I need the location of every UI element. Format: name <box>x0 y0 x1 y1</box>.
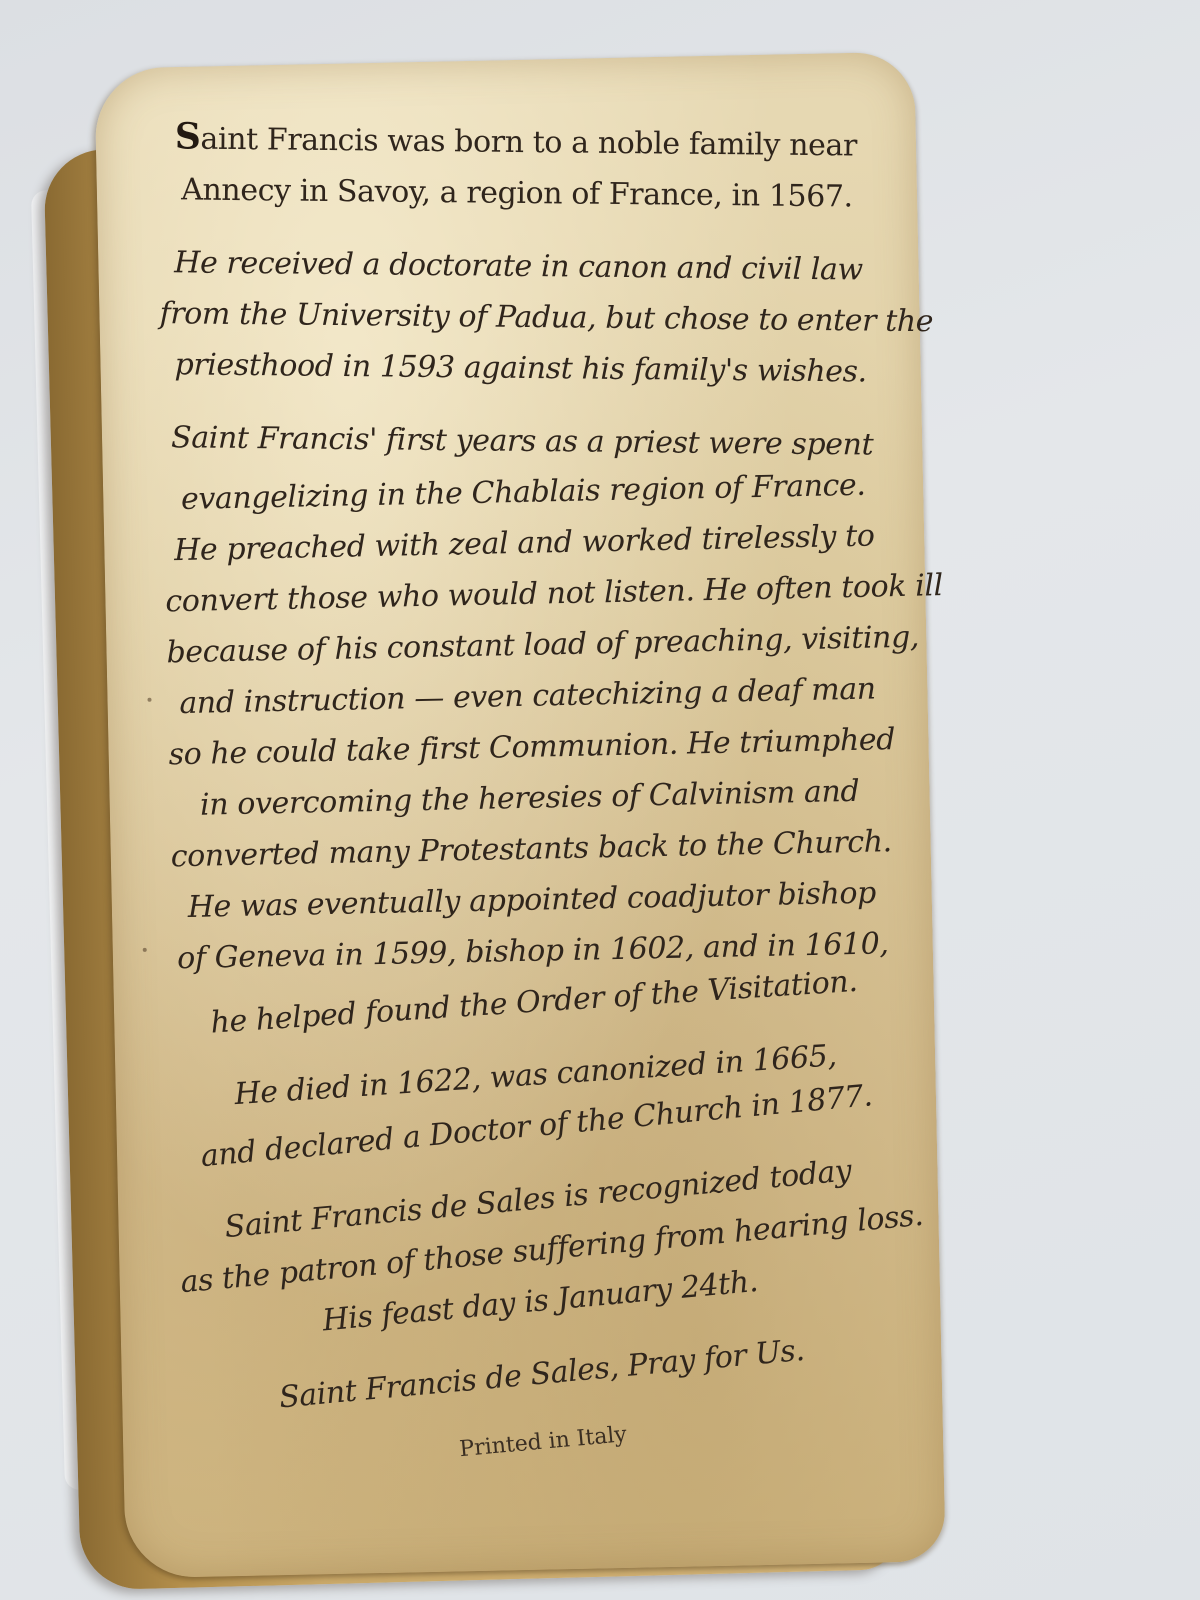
holy-card: Saint Francis was born to a noble family… <box>94 52 945 1579</box>
text-line: He received a doctorate in canon and civ… <box>158 237 878 296</box>
text-line: Annecy in Savoy, a region of France, in … <box>157 164 877 223</box>
paragraph-birth: Saint Francis was born to a noble family… <box>155 107 877 226</box>
paragraph-death: He died in 1622, was canonized in 1665, … <box>175 1042 897 1159</box>
text-line: priesthood in 1593 against his family's … <box>160 339 880 398</box>
paragraph-education: He received a doctorate in canon and civ… <box>158 233 881 401</box>
card-text: Saint Francis was born to a noble family… <box>155 107 903 1462</box>
paragraph-ministry: Saint Francis' first years as a priest w… <box>162 408 895 1035</box>
paper-speck <box>147 698 151 702</box>
paragraph-prayer: Saint Francis de Sales, Pray for Us. <box>181 1341 902 1407</box>
text-line: from the University of Padua, but chose … <box>159 288 879 347</box>
paper-speck <box>143 948 147 952</box>
photo-scene: Saint Francis was born to a noble family… <box>0 0 1200 1600</box>
drop-cap: S <box>175 115 201 157</box>
text-line: Saint Francis' first years as a priest w… <box>162 412 882 471</box>
text-line: Saint Francis was born to a noble family… <box>156 111 877 172</box>
paragraph-patronage: Saint Francis de Sales is recognized tod… <box>178 1166 901 1334</box>
